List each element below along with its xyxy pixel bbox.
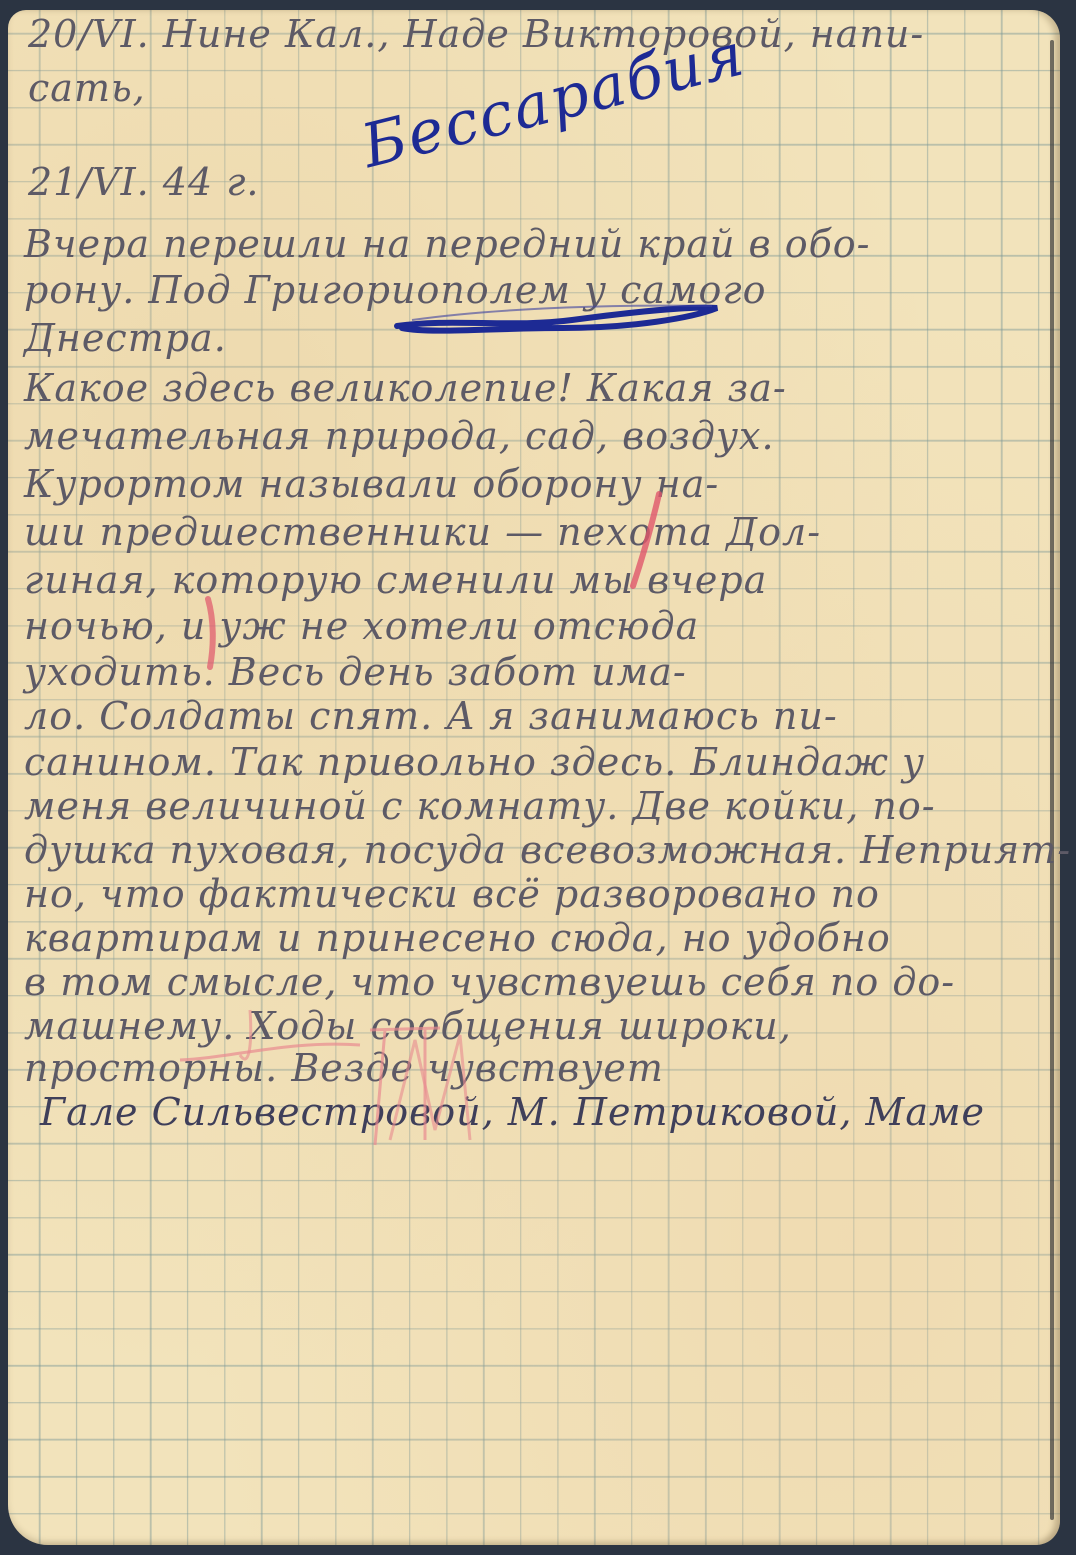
top-note-line-2: сать, <box>28 66 146 110</box>
body-line: Какое здесь великолепие! Какая за- <box>24 366 787 410</box>
body-line: ши предшественники — пехота Дол- <box>24 510 821 554</box>
body-line: ло. Солдаты спят. А я занимаюсь пи- <box>24 694 838 738</box>
body-line: ночью, и уж не хотели отсюда <box>24 604 699 648</box>
red-tick-mark <box>198 595 228 670</box>
body-line: Вчера перешли на передний край в обо- <box>24 222 871 266</box>
red-tick-mark <box>625 490 665 590</box>
page-edge <box>1050 40 1054 1520</box>
body-line: санином. Так привольно здесь. Блиндаж у <box>24 740 925 784</box>
blue-underline-scribble <box>392 298 722 340</box>
body-line: душка пуховая, посуда всевозможная. Непр… <box>24 828 1071 872</box>
red-letters-mark <box>170 1000 620 1150</box>
body-line: квартирам и принесено сюда, но удобно <box>24 916 891 960</box>
body-line: но, что фактически всё разворовано по <box>24 872 880 916</box>
body-line: меня величиной с комнату. Две койки, по- <box>24 784 936 828</box>
body-line: уходить. Весь день забот има- <box>24 650 687 694</box>
body-line: в том смысле, что чувствуешь себя по до- <box>24 960 955 1004</box>
entry-date: 21/VI. 44 г. <box>28 160 259 204</box>
body-line: Днестра. <box>24 316 227 360</box>
body-line: Курортом называли оборону на- <box>24 462 719 506</box>
top-note-line-1: 20/VI. Нине Кал., Наде Викторовой, напи- <box>28 12 924 56</box>
body-line: мечательная природа, сад, воздух. <box>24 414 775 458</box>
